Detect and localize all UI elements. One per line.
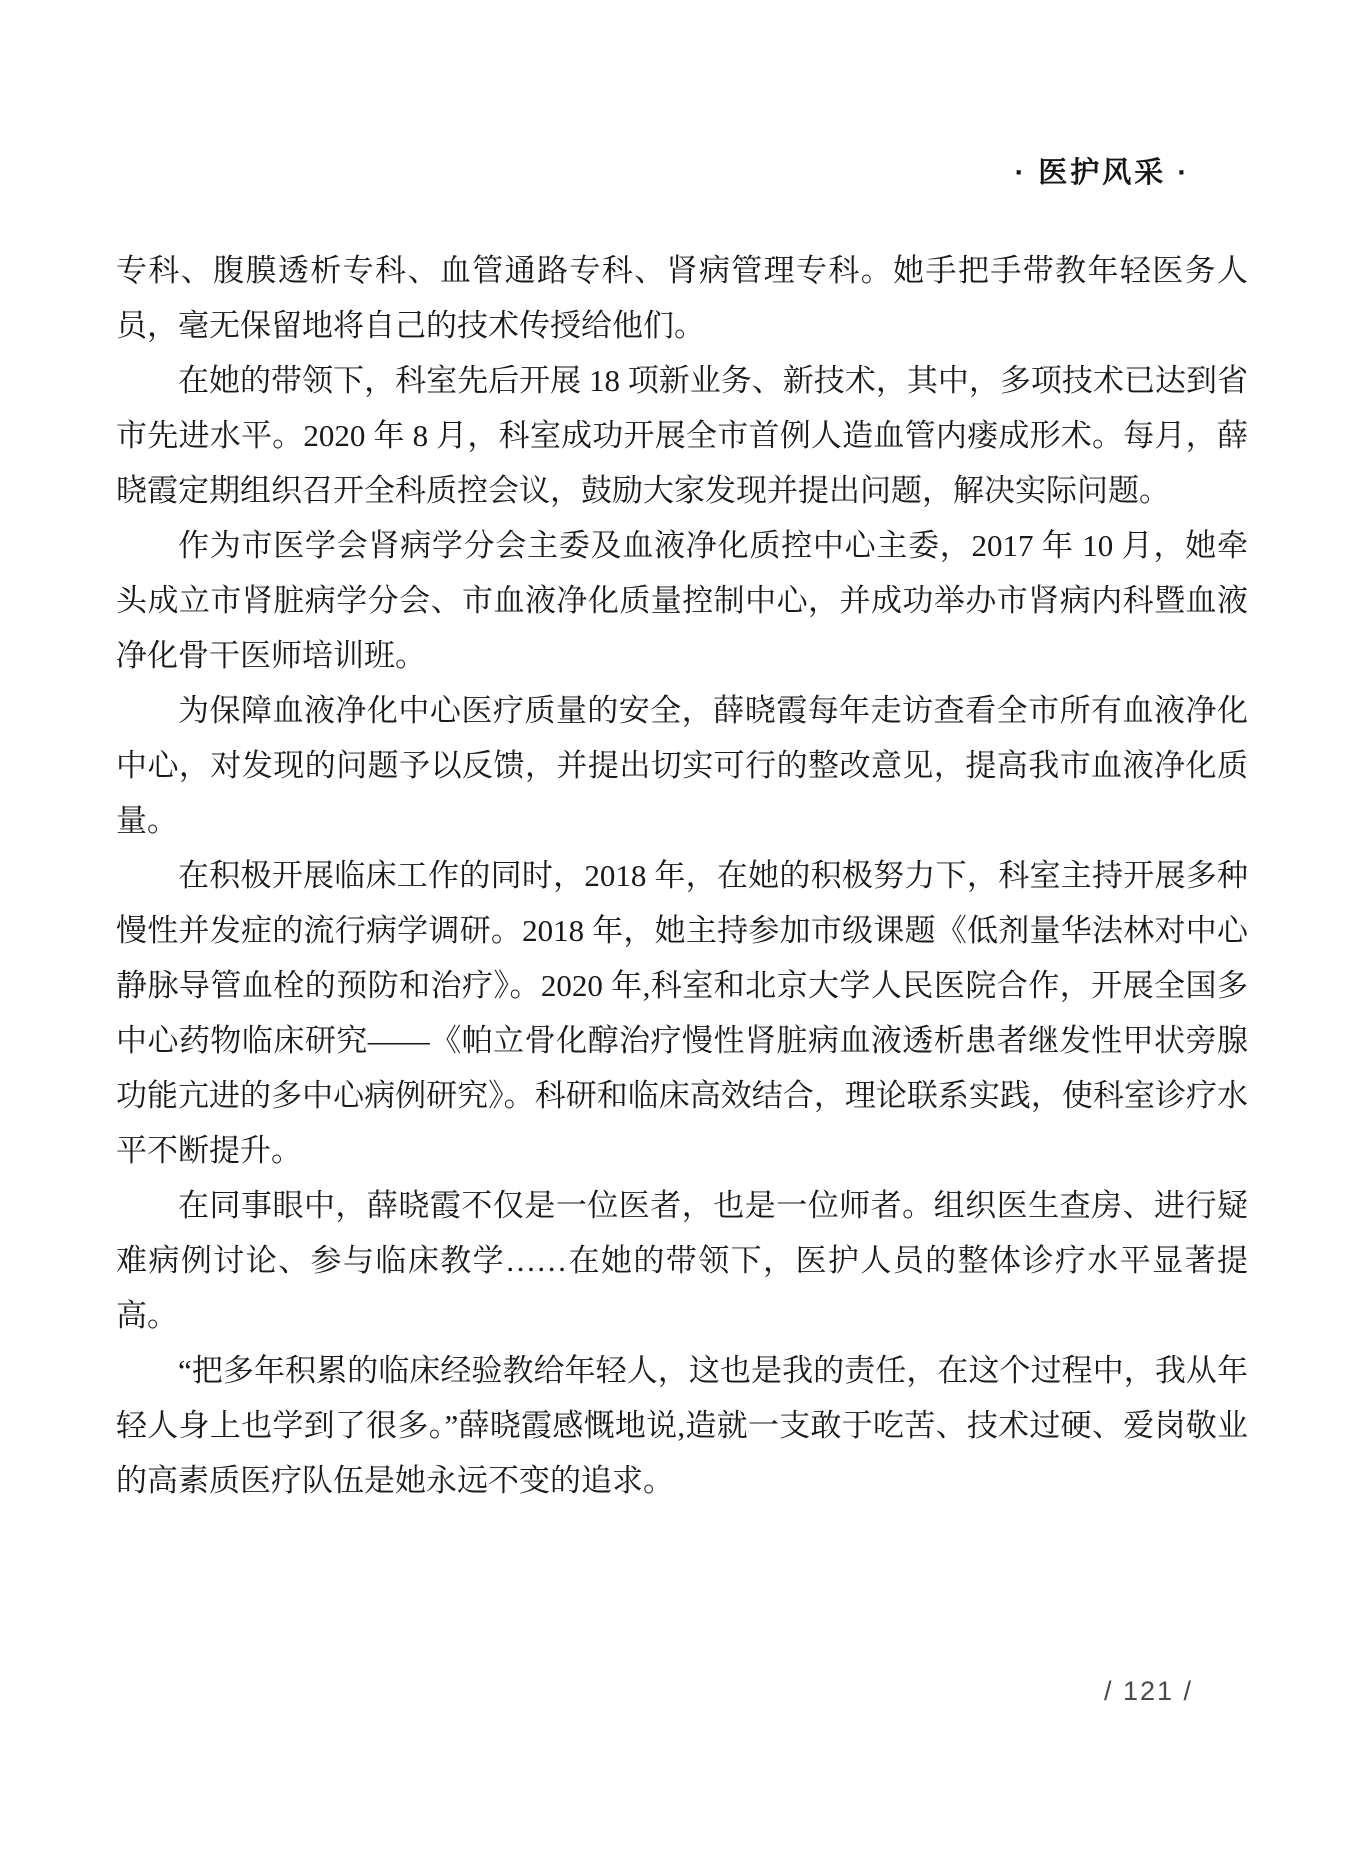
page-number: / 121 /	[1104, 1676, 1193, 1707]
body-paragraph: 在积极开展临床工作的同时，2018 年，在她的积极努力下，科室主持开展多种慢性并…	[116, 848, 1248, 1178]
running-head: · 医护风采 ·	[1015, 150, 1190, 191]
article-body: 专科、腹膜透析专科、血管通路专科、肾病管理专科。她手把手带教年轻医务人员，毫无保…	[116, 243, 1248, 1508]
body-paragraph: 作为市医学会肾病学分会主委及血液净化质控中心主委，2017 年 10 月，她牵头…	[116, 518, 1248, 683]
body-paragraph: “把多年积累的临床经验教给年轻人，这也是我的责任，在这个过程中，我从年轻人身上也…	[116, 1343, 1248, 1508]
body-paragraph: 专科、腹膜透析专科、血管通路专科、肾病管理专科。她手把手带教年轻医务人员，毫无保…	[116, 243, 1248, 353]
body-paragraph: 在她的带领下，科室先后开展 18 项新业务、新技术，其中，多项技术已达到省市先进…	[116, 353, 1248, 518]
document-page: · 医护风采 · 专科、腹膜透析专科、血管通路专科、肾病管理专科。她手把手带教年…	[0, 0, 1362, 1858]
body-paragraph: 在同事眼中，薛晓霞不仅是一位医者，也是一位师者。组织医生查房、进行疑难病例讨论、…	[116, 1178, 1248, 1343]
body-paragraph: 为保障血液净化中心医疗质量的安全，薛晓霞每年走访查看全市所有血液净化中心，对发现…	[116, 683, 1248, 848]
